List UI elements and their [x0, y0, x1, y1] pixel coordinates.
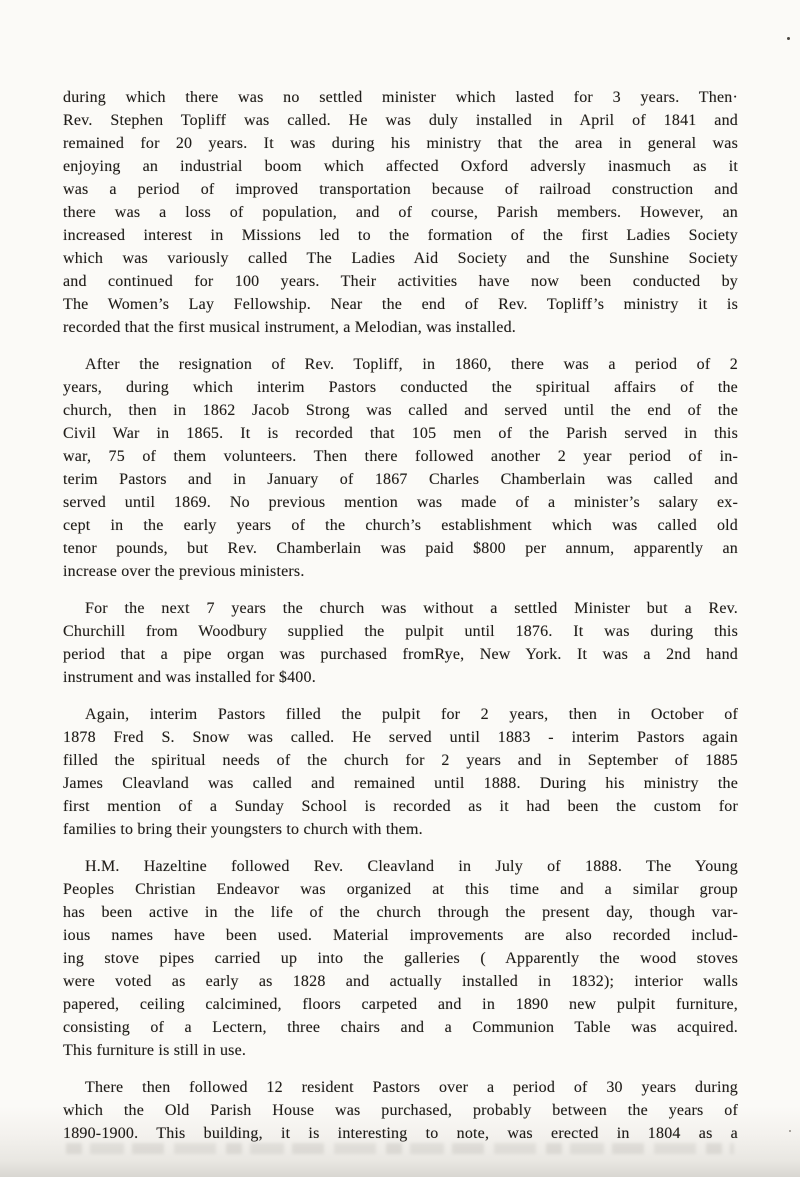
text-line: and continued for 100 years. Their activ…: [63, 270, 738, 293]
text-line: terim Pastors and in January of 1867 Cha…: [63, 468, 738, 491]
text-line: 1890-1900. This building, it is interest…: [63, 1122, 738, 1145]
text-line: instrument and was installed for $400.: [63, 666, 738, 689]
text-line: increased interest in Missions led to th…: [63, 224, 738, 247]
text-line: during which there was no settled minist…: [63, 86, 738, 109]
text-line: cept in the early years of the church’s …: [63, 514, 738, 537]
text-line: consisting of a Lectern, three chairs an…: [63, 1016, 738, 1039]
text-line: families to bring their youngsters to ch…: [63, 818, 738, 841]
paragraph: during which there was no settled minist…: [63, 86, 738, 339]
text-line: Again, interim Pastors filled the pulpit…: [63, 703, 738, 726]
text-line: first mention of a Sunday School is reco…: [63, 795, 738, 818]
text-line: increase over the previous ministers.: [63, 560, 738, 583]
text-line: there was a loss of population, and of c…: [63, 201, 738, 224]
text-line: tenor pounds, but Rev. Chamberlain was p…: [63, 537, 738, 560]
scan-speck: [366, 212, 368, 214]
text-line: period that a pipe organ was purchased f…: [63, 643, 738, 666]
text-line: Rev. Stephen Topliff was called. He was …: [63, 109, 738, 132]
scan-speck: [787, 37, 790, 40]
text-line: This furniture is still in use.: [63, 1039, 738, 1062]
text-line: 1878 Fred S. Snow was called. He served …: [63, 726, 738, 749]
paragraph: After the resignation of Rev. Topliff, i…: [63, 353, 738, 583]
text-line: which the Old Parish House was purchased…: [63, 1099, 738, 1122]
text-line: ing stove pipes carried up into the gall…: [63, 947, 738, 970]
text-line: James Cleavland was called and remained …: [63, 772, 738, 795]
text-line: which was variously called The Ladies Ai…: [63, 247, 738, 270]
text-line: served until 1869. No previous mention w…: [63, 491, 738, 514]
text-line: There then followed 12 resident Pastors …: [63, 1076, 738, 1099]
scanned-document-page: during which there was no settled minist…: [0, 0, 800, 1177]
text-line: remained for 20 years. It was during his…: [63, 132, 738, 155]
text-line: church, then in 1862 Jacob Strong was ca…: [63, 399, 738, 422]
text-line: The Women’s Lay Fellowship. Near the end…: [63, 293, 738, 316]
text-line: recorded that the first musical instrume…: [63, 316, 738, 339]
text-line: For the next 7 years the church was with…: [63, 597, 738, 620]
text-line: Civil War in 1865. It is recorded that 1…: [63, 422, 738, 445]
paragraph: There then followed 12 resident Pastors …: [63, 1076, 738, 1145]
text-line: Churchill from Woodbury supplied the pul…: [63, 620, 738, 643]
text-line: were voted as early as 1828 and actually…: [63, 970, 738, 993]
text-line: ious names have been used. Material impr…: [63, 924, 738, 947]
paragraph: H.M. Hazeltine followed Rev. Cleavland i…: [63, 855, 738, 1062]
text-line: After the resignation of Rev. Topliff, i…: [63, 353, 738, 376]
text-line: Peoples Christian Endeavor was organized…: [63, 878, 738, 901]
paragraph: For the next 7 years the church was with…: [63, 597, 738, 689]
text-line: years, during which interim Pastors cond…: [63, 376, 738, 399]
text-line: enjoying an industrial boom which affect…: [63, 155, 738, 178]
paragraph: Again, interim Pastors filled the pulpit…: [63, 703, 738, 841]
page-text: during which there was no settled minist…: [63, 86, 738, 1145]
text-line: filled the spiritual needs of the church…: [63, 749, 738, 772]
scan-speck: [789, 1130, 791, 1132]
text-line: war, 75 of them volunteers. Then there f…: [63, 445, 738, 468]
page-bleed-through: [66, 1143, 734, 1154]
text-line: papered, ceiling calcimined, floors carp…: [63, 993, 738, 1016]
text-line: was a period of improved transportation …: [63, 178, 738, 201]
text-line: has been active in the life of the churc…: [63, 901, 738, 924]
text-line: H.M. Hazeltine followed Rev. Cleavland i…: [63, 855, 738, 878]
